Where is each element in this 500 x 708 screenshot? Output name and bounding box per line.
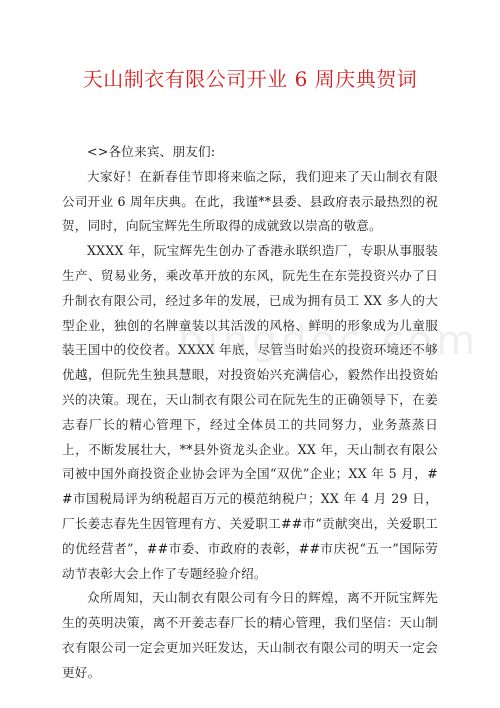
document-page: 天山制衣有限公司开业 6 周庆典贺词 <>各位来宾、朋友们: 大家好！在新春佳节… <box>0 0 500 708</box>
paragraph-history: XXXX 年，阮宝辉先生创办了香港永联织造厂，专职从事服装生产、贸易业务，乘改革… <box>62 239 438 586</box>
document-body: <>各位来宾、朋友们: 大家好！在新春佳节即将来临之际，我们迎来了天山制衣有限公… <box>62 140 438 686</box>
salutation: <>各位来宾、朋友们: <box>62 140 438 165</box>
paragraph-closing: 众所周知，天山制衣有限公司有今日的辉煌，离不开阮宝辉先生的英明决策，离不开姜志春… <box>62 586 438 685</box>
document-title: 天山制衣有限公司开业 6 周庆典贺词 <box>0 64 500 94</box>
paragraph-greeting: 大家好！在新春佳节即将来临之际，我们迎来了天山制衣有限公司开业 6 周年庆典。在… <box>62 165 438 239</box>
